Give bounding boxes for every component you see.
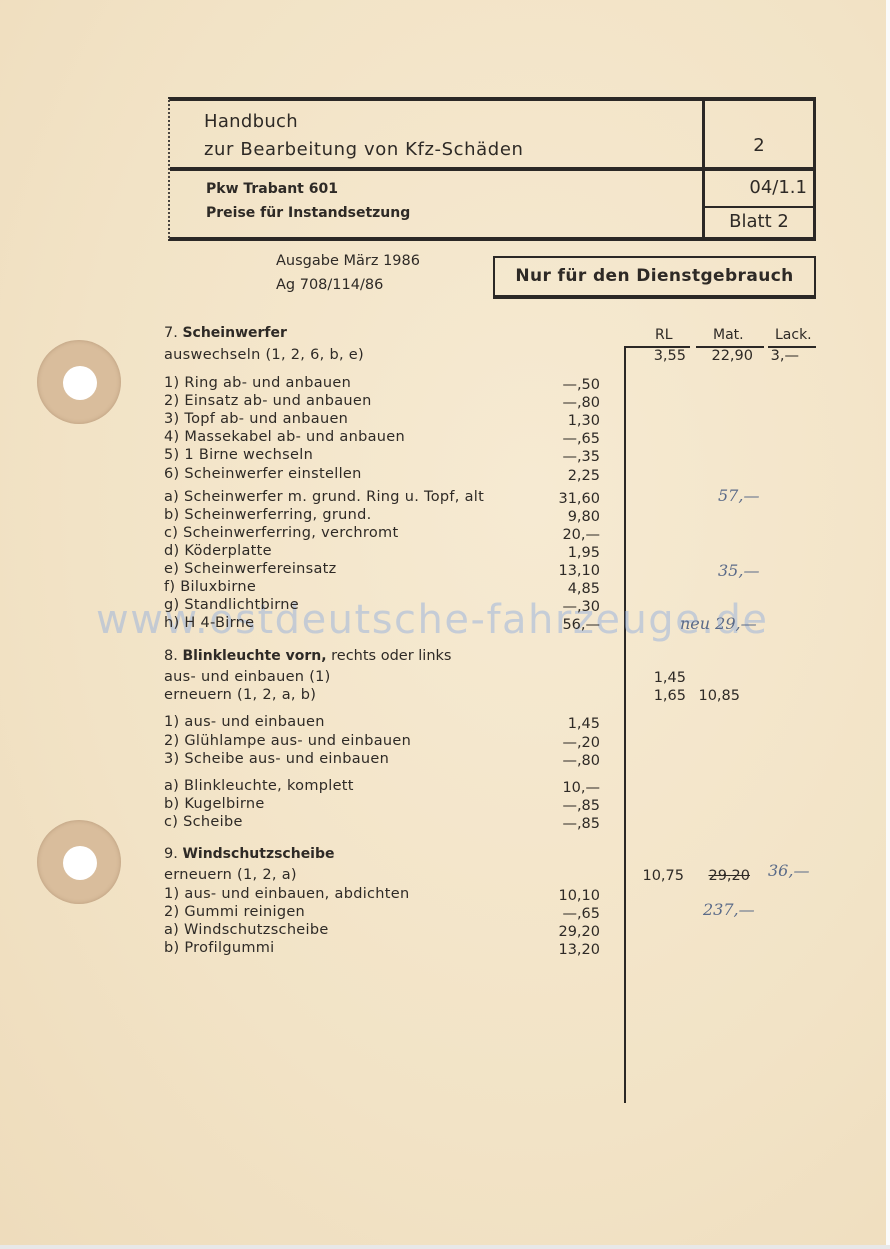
section-title: Scheinwerfer (182, 325, 286, 341)
punch-hole (63, 366, 97, 400)
divider (705, 206, 813, 208)
part-price: 31,60 (530, 491, 600, 507)
labor-item: 3) Topf ab- und anbauen (164, 411, 348, 427)
manual-title: Handbuch (204, 111, 298, 132)
handwritten-note: 36,— (768, 861, 809, 880)
rl-value: 3,55 (630, 348, 686, 364)
edition-info: Ausgabe März 1986 Ag 708/114/86 (276, 249, 420, 297)
handwritten-note: neu 29,— (680, 614, 757, 633)
operation-row: auswechseln (1, 2, 6, b, e) (164, 347, 364, 363)
part-item: g) Standlichtbirne (164, 597, 299, 613)
mat-value: 10,85 (686, 688, 740, 704)
document-subject: Preise für Instandsetzung (206, 205, 410, 221)
labor-item: 2) Einsatz ab- und anbauen (164, 393, 372, 409)
edition-issue: Ausgabe März 1986 (276, 249, 420, 273)
punch-hole-reinforcement-bottom (37, 820, 121, 904)
divider (170, 167, 813, 171)
labor-item: 3) Scheibe aus- und einbauen (164, 751, 389, 767)
column-header-lack: Lack. (775, 327, 812, 343)
part-item: a) Scheinwerfer m. grund. Ring u. Topf, … (164, 489, 484, 505)
edition-reference: Ag 708/114/86 (276, 273, 420, 297)
header-box: Handbuch zur Bearbeitung von Kfz-Schäden… (168, 97, 816, 241)
part-item: c) Scheinwerferring, verchromt (164, 525, 398, 541)
vehicle-name: Pkw Trabant 601 (206, 181, 338, 197)
punch-hole-reinforcement-top (37, 340, 121, 424)
labor-item: 2) Glühlampe aus- und einbauen (164, 733, 411, 749)
section-heading: 7. Scheinwerfer (164, 325, 287, 341)
document-code: 04/1.1 (705, 177, 807, 198)
rl-value: 1,45 (630, 670, 686, 686)
part-item: c) Scheibe (164, 814, 243, 830)
handwritten-note: 237,— (703, 900, 755, 919)
part-price: 4,85 (530, 581, 600, 597)
part-item: d) Köderplatte (164, 543, 272, 559)
labor-item: 1) Ring ab- und anbauen (164, 375, 351, 391)
part-price: —,30 (530, 599, 600, 615)
rl-value: 1,65 (630, 688, 686, 704)
part-price: 13,20 (530, 942, 600, 958)
labor-value: —,80 (530, 753, 600, 769)
labor-item: 1) aus- und einbauen (164, 714, 325, 730)
operation-row: erneuern (1, 2, a) (164, 867, 297, 883)
mat-value: 22,90 (700, 348, 753, 364)
part-price: 56,— (530, 617, 600, 633)
labor-value: —,65 (530, 906, 600, 922)
part-item: f) Biluxbirne (164, 579, 256, 595)
scan-edge-right (886, 0, 890, 1249)
part-price: —,85 (530, 816, 600, 832)
section-title: Blinkleuchte vorn, (182, 648, 326, 664)
column-header-mat: Mat. (713, 327, 744, 343)
labor-item: 2) Gummi reinigen (164, 904, 305, 920)
part-item: e) Scheinwerfereinsatz (164, 561, 337, 577)
labor-value: —,80 (530, 395, 600, 411)
labor-item: 5) 1 Birne wechseln (164, 447, 313, 463)
mat-value-struck: 29,20 (700, 868, 750, 884)
part-price: 10,— (530, 780, 600, 796)
section-heading: 8. Blinkleuchte vorn, rechts oder links (164, 648, 451, 664)
part-item: b) Kugelbirne (164, 796, 265, 812)
manual-subtitle: zur Bearbeitung von Kfz-Schäden (204, 139, 524, 160)
handwritten-note: 35,— (718, 561, 759, 580)
column-header-rl: RL (655, 327, 673, 343)
labor-value: 1,45 (530, 716, 600, 732)
rl-value: 10,75 (630, 868, 684, 884)
operation-row: erneuern (1, 2, a, b) (164, 687, 316, 703)
part-price: 13,10 (530, 563, 600, 579)
part-item: a) Windschutzscheibe (164, 922, 329, 938)
labor-item: 6) Scheinwerfer einstellen (164, 466, 362, 482)
part-price: 20,— (530, 527, 600, 543)
labor-value: —,20 (530, 735, 600, 751)
part-item: b) Profilgummi (164, 940, 275, 956)
labor-value: 2,25 (530, 468, 600, 484)
lack-value: 3,— (765, 348, 799, 364)
section-number: 2 (705, 135, 813, 156)
sheet-number: Blatt 2 (705, 211, 813, 232)
part-price: —,85 (530, 798, 600, 814)
labor-value: —,35 (530, 449, 600, 465)
section-heading: 9. Windschutzscheibe (164, 846, 335, 862)
labor-value: —,50 (530, 377, 600, 393)
labor-item: 1) aus- und einbauen, abdichten (164, 886, 409, 902)
column-divider (624, 347, 626, 1103)
labor-value: 10,10 (530, 888, 600, 904)
labor-value: —,65 (530, 431, 600, 447)
classification-stamp: Nur für den Dienstgebrauch (493, 256, 816, 299)
part-price: 1,95 (530, 545, 600, 561)
section-title: Windschutzscheibe (182, 846, 334, 862)
labor-item: 4) Massekabel ab- und anbauen (164, 429, 405, 445)
part-item: a) Blinkleuchte, komplett (164, 778, 354, 794)
part-item: h) H 4-Birne (164, 615, 254, 631)
part-price: 9,80 (530, 509, 600, 525)
part-price: 29,20 (530, 924, 600, 940)
scan-edge-bottom (0, 1245, 890, 1249)
handwritten-note: 57,— (718, 486, 759, 505)
labor-value: 1,30 (530, 413, 600, 429)
part-item: b) Scheinwerferring, grund. (164, 507, 372, 523)
operation-row: aus- und einbauen (1) (164, 669, 331, 685)
punch-hole (63, 846, 97, 880)
